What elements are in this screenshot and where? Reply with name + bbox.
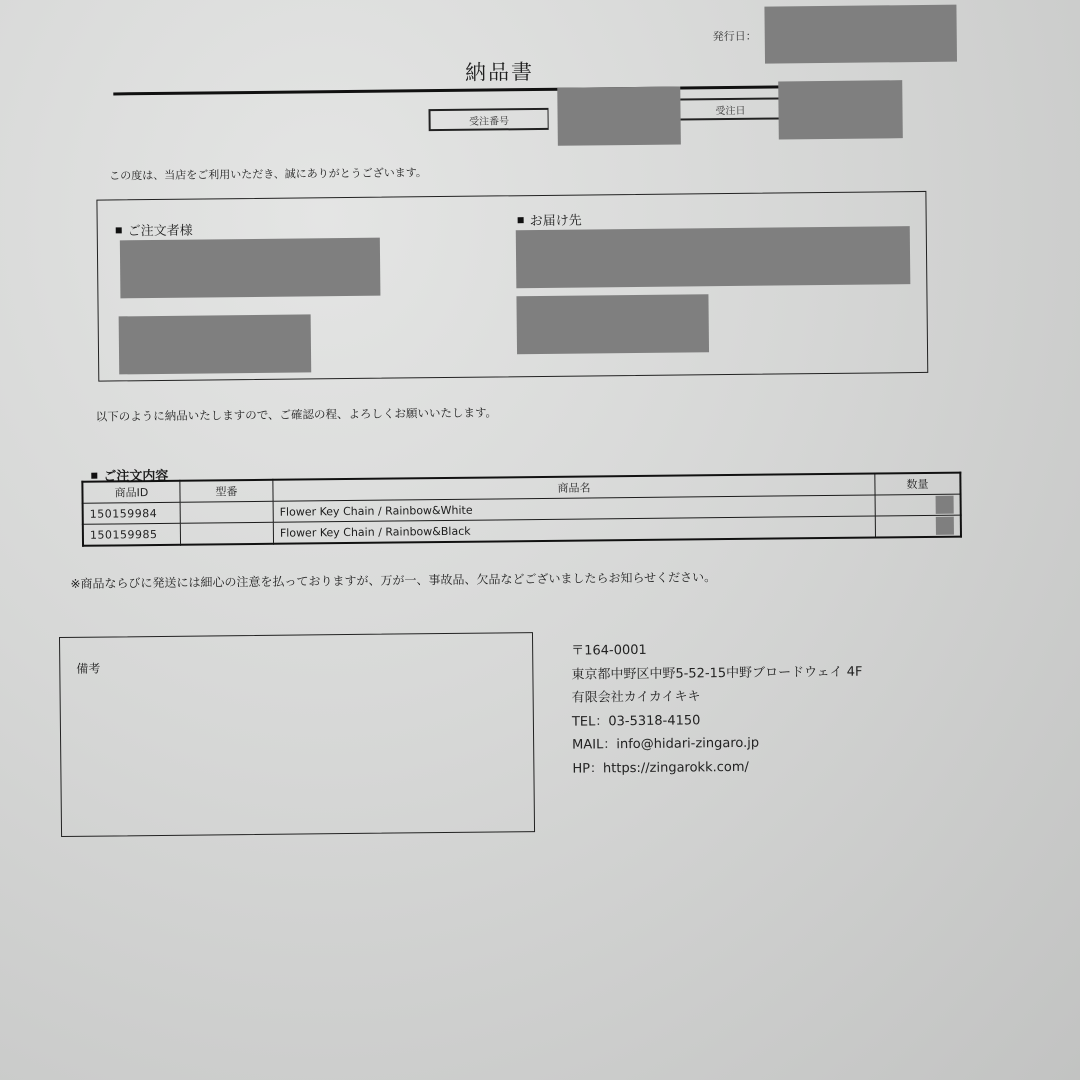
bullet-square-icon [91,472,97,478]
order-date-label: 受注日 [680,97,780,120]
document-title: 納品書 [465,56,534,87]
delivery-note-sheet: 発行日： 納品書 受注番号 受注日 この度は、当店をご利用いただき、誠にありがと… [0,0,1080,1080]
issue-date-label: 発行日： [713,28,757,44]
quantity-redaction [936,496,954,514]
order-number-label: 受注番号 [428,108,548,131]
product-id-cell: 150159985 [83,523,181,546]
company-name: 有限会社カイカイキキ [572,684,863,711]
model-cell [180,522,273,544]
column-header-model: 型番 [180,480,273,502]
column-header-quantity: 数量 [875,473,961,495]
order-number-redaction [557,87,681,146]
bullet-square-icon [116,227,122,233]
order-date-redaction [778,80,903,139]
bullet-square-icon [518,217,524,223]
ship-to-label-text: お届け先 [530,210,582,230]
quantity-redaction [936,517,954,535]
caution-text: ※商品ならびに発送には細心の注意を払っておりますが、万が一、事故品、欠品などござ… [70,568,716,592]
order-date-label-text: 受注日 [715,101,745,116]
orderer-label: ご注文者様 [116,220,193,240]
ship-to-contact-redaction [516,294,709,354]
remarks-label: 備考 [76,660,100,677]
orderer-name-redaction [120,238,381,299]
company-info: 〒164-0001 東京都中野区中野5-52-15中野ブロードウェイ 4F 有限… [571,637,864,781]
company-mail: MAIL：info@hidari-zingaro.jp [572,731,863,758]
model-cell [180,501,273,523]
orderer-label-text: ご注文者様 [128,220,193,240]
column-header-product-id: 商品ID [82,481,180,504]
remarks-box: 備考 [59,632,535,837]
quantity-cell [875,494,961,516]
order-number-label-text: 受注番号 [469,112,509,127]
ship-to-address-redaction [516,226,911,288]
ship-to-label: お届け先 [518,210,582,230]
quantity-cell [875,515,961,537]
order-items-table: 商品ID 型番 商品名 数量 150159984 Flower Key Chai… [81,472,962,547]
party-info-box: ご注文者様 お届け先 [96,191,928,382]
company-address: 東京都中野区中野5-52-15中野ブロードウェイ 4F [571,660,862,687]
company-homepage: HP：https://zingarokk.com/ [572,754,863,781]
company-postal-code: 〒164-0001 [571,637,862,664]
issue-date-redaction [764,5,957,64]
delivery-notice-text: 以下のように納品いたしますので、ご確認の程、よろしくお願いいたします。 [96,404,498,424]
greeting-text: この度は、当店をご利用いただき、誠にありがとうございます。 [109,164,427,183]
company-tel: TEL：03-5318-4150 [572,707,863,734]
product-id-cell: 150159984 [83,502,181,524]
orderer-contact-redaction [119,314,312,374]
